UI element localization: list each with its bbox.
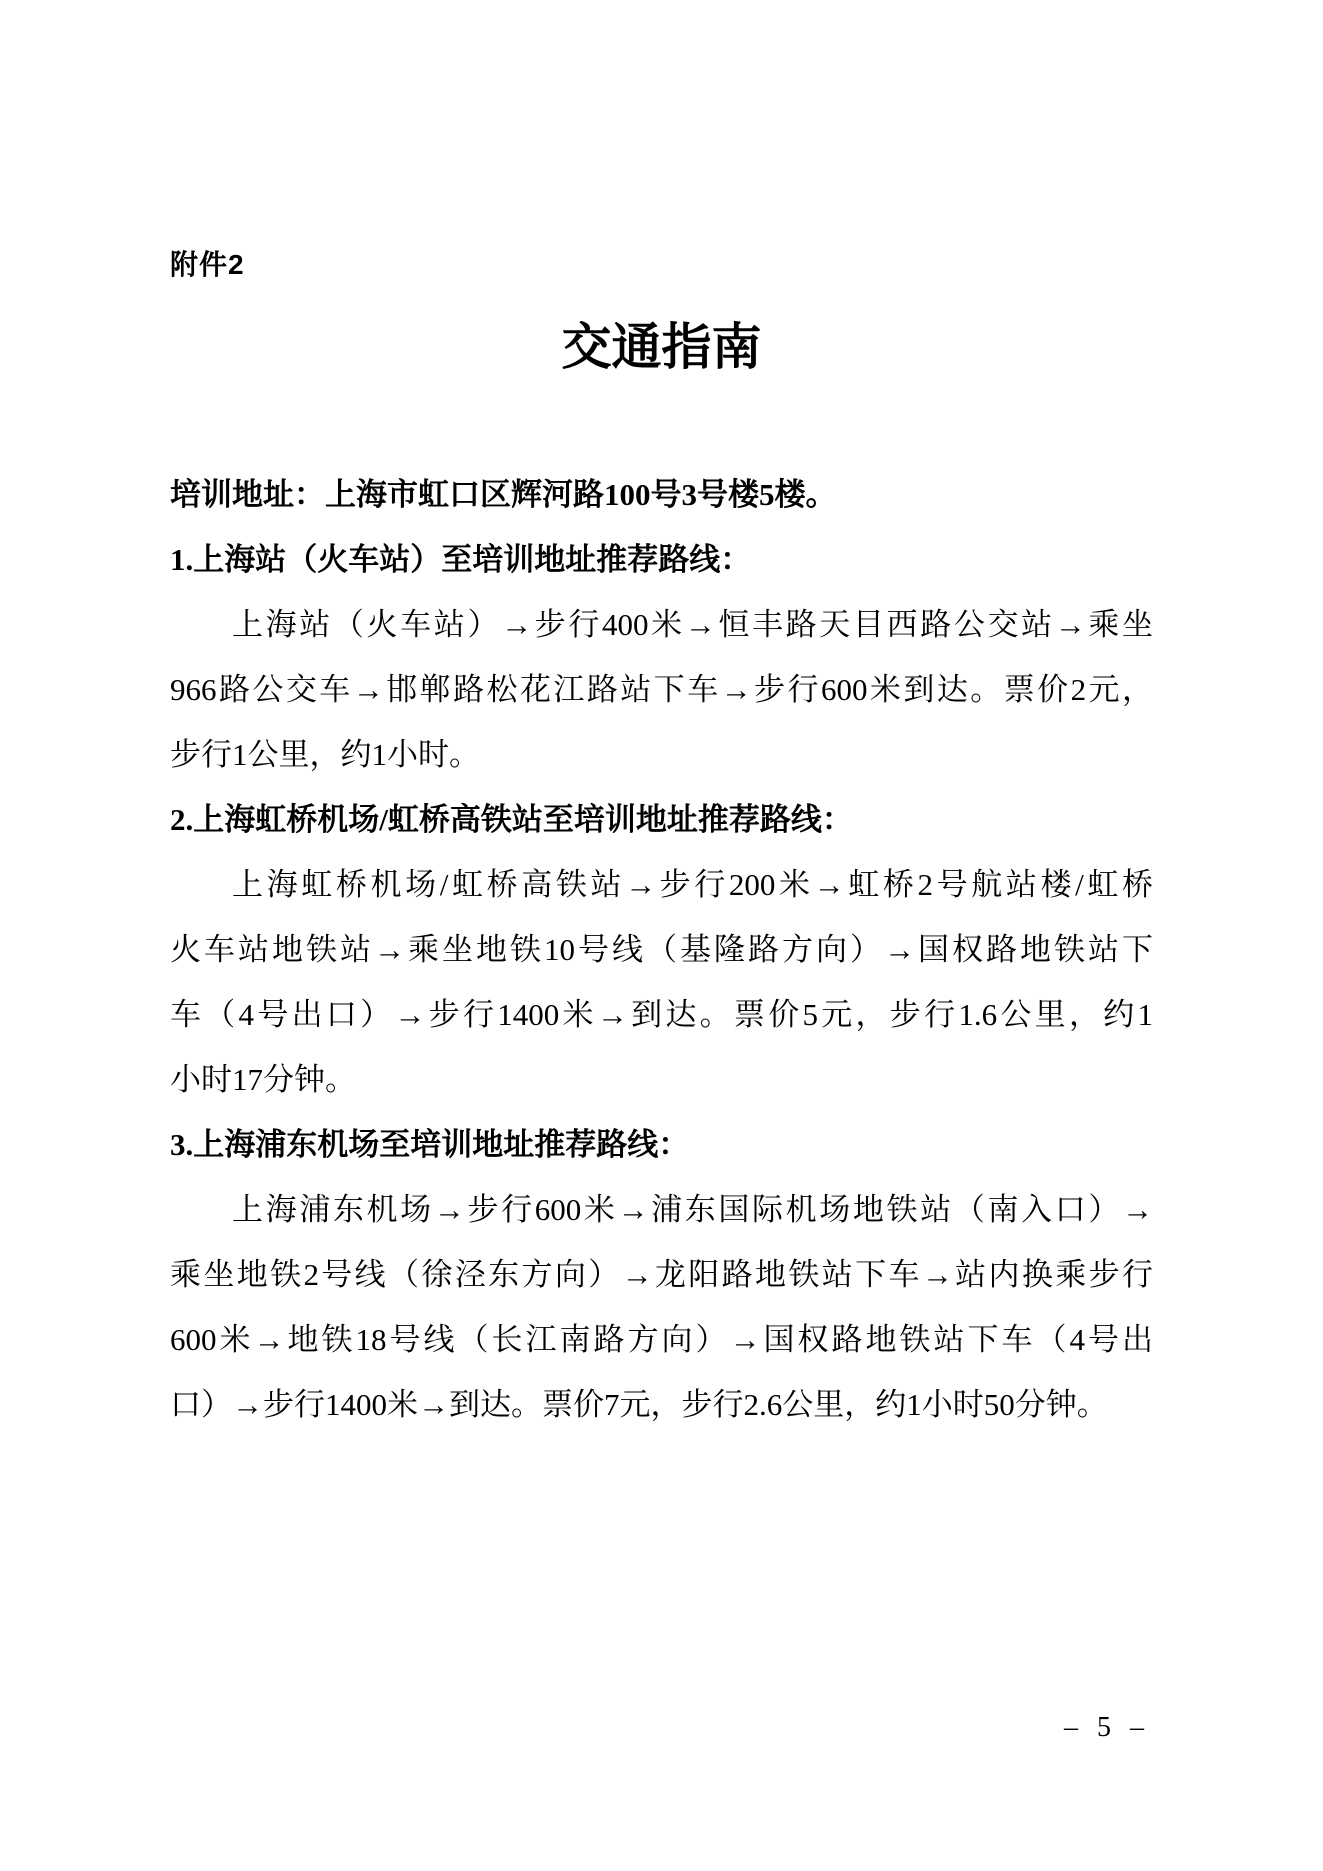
section-2-route-line-3: 车（4号出口）→步行1400米→到达。票价5元，步行1.6公里，约1 [170,982,1153,1047]
section-1-route-line-3: 步行1公里，约1小时。 [170,722,1153,787]
section-2-heading: 2.上海虹桥机场/虹桥高铁站至培训地址推荐路线： [170,787,1153,852]
attachment-label: 附件2 [170,248,245,282]
training-address-line: 培训地址：上海市虹口区辉河路100号3号楼5楼。 [170,462,1153,527]
section-3-heading: 3.上海浦东机场至培训地址推荐路线： [170,1112,1153,1177]
section-1-route-line-1: 上海站（火车站）→步行400米→恒丰路天目西路公交站→乘坐 [170,592,1153,657]
page-number: – 5 – [1064,1712,1150,1744]
section-3-route-line-4: 口）→步行1400米→到达。票价7元，步行2.6公里，约1小时50分钟。 [170,1372,1153,1437]
section-2-route-line-2: 火车站地铁站→乘坐地铁10号线（基隆路方向）→国权路地铁站下 [170,917,1153,982]
section-1-heading: 1.上海站（火车站）至培训地址推荐路线： [170,527,1153,592]
section-1-route-line-2: 966路公交车→邯郸路松花江路站下车→步行600米到达。票价2元， [170,657,1153,722]
document-page: 附件2 交通指南 培训地址：上海市虹口区辉河路100号3号楼5楼。 1.上海站（… [0,0,1323,1871]
section-3-route-line-2: 乘坐地铁2号线（徐泾东方向）→龙阳路地铁站下车→站内换乘步行 [170,1242,1153,1307]
section-2-route-line-4: 小时17分钟。 [170,1047,1153,1112]
section-3-route-line-3: 600米→地铁18号线（长江南路方向）→国权路地铁站下车（4号出 [170,1307,1153,1372]
section-3-route-line-1: 上海浦东机场→步行600米→浦东国际机场地铁站（南入口）→ [170,1177,1153,1242]
document-title: 交通指南 [0,316,1323,378]
section-2-route-line-1: 上海虹桥机场/虹桥高铁站→步行200米→虹桥2号航站楼/虹桥 [170,852,1153,917]
document-body: 培训地址：上海市虹口区辉河路100号3号楼5楼。 1.上海站（火车站）至培训地址… [170,462,1153,1437]
